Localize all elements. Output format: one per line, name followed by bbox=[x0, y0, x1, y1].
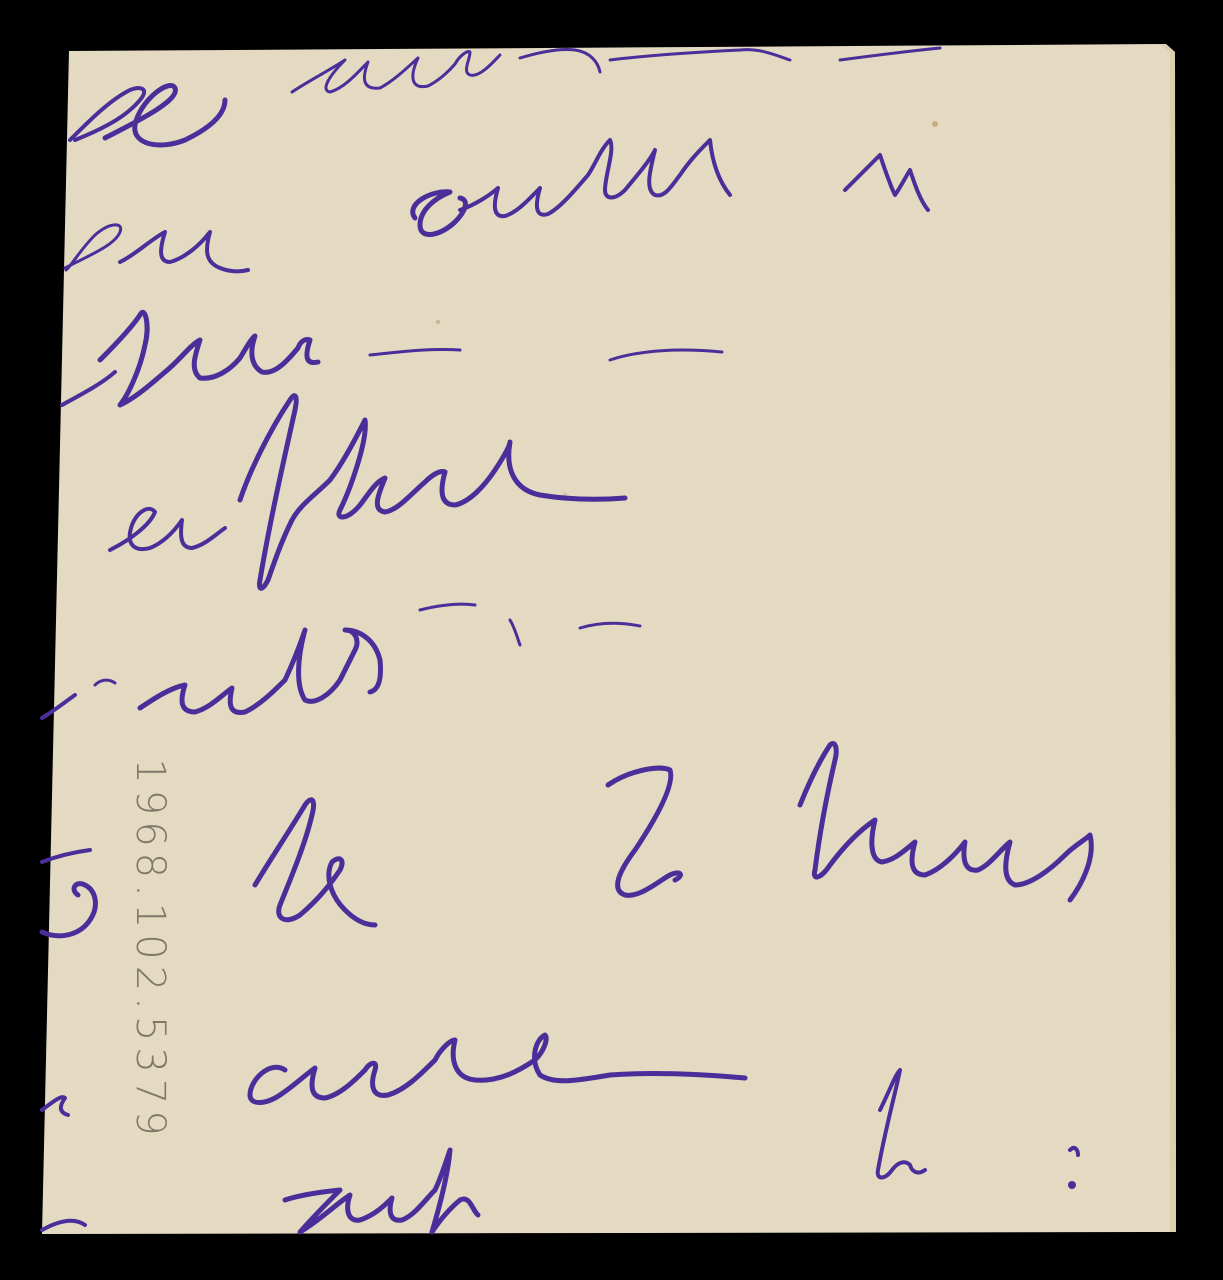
photo-background: 1968.102.5379 …ze rueue… …eu aucun …clsa… bbox=[0, 0, 1223, 1280]
accession-number: 1968.102.5379 bbox=[127, 758, 173, 1141]
paper-sheet bbox=[0, 0, 1223, 1280]
